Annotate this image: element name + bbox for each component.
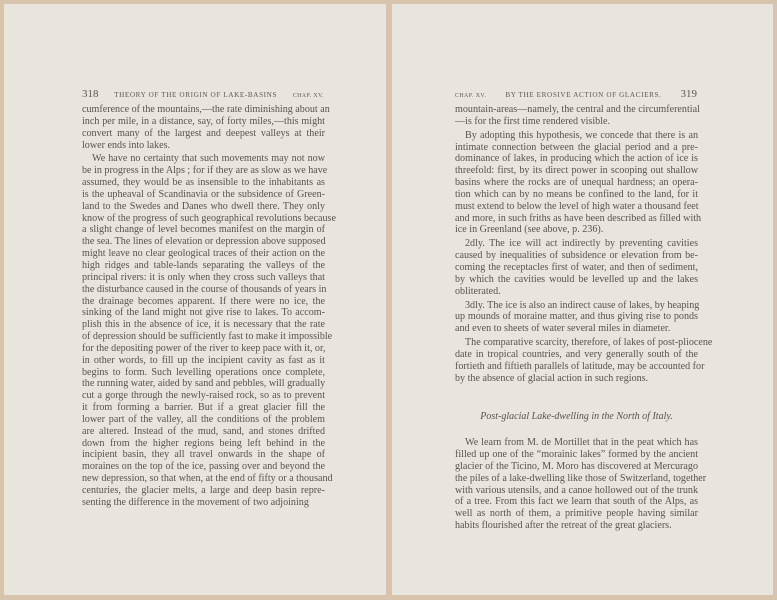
chapter-reference: Chap. XV. [455,93,486,99]
text-line: a slight change of level becomes manifes… [82,224,325,236]
chapter-reference: Chap. XV. [293,93,324,99]
right-body-text: mountain-areas—namely, the central and t… [455,104,698,532]
text-line: convert many of the largest and deepest … [82,128,325,140]
text-line: and even to sheets of water several mile… [455,323,698,335]
text-line: —is for the first time rendered visible. [455,116,698,128]
paragraph: The comparative scarcity, therefore, of … [455,337,698,384]
paragraph: mountain-areas—namely, the central and t… [455,104,698,128]
text-line: begins to form. Such levelling operation… [82,367,325,379]
text-line: must extend to below the level of high w… [455,201,698,213]
text-line: cumference of the mountains,—the rate di… [82,104,325,116]
text-line: coming the receptacles first of water, a… [455,262,698,274]
text-line: intimate connection between the glacial … [455,142,698,154]
text-line: in other words, to fill up the incipient… [82,355,325,367]
running-title: Theory of the Origin of Lake-Basins [99,91,293,99]
text-line: lower ends into lakes. [82,140,325,152]
text-line: with various utensils, and a canoe hollo… [455,485,698,497]
running-title: By the Erosive Action of Glaciers. [486,91,680,99]
text-line: know of the progress of such geographica… [82,213,325,225]
text-line: lower part of the valley, all the condit… [82,414,325,426]
paragraph: cumference of the mountains,—the rate di… [82,104,325,151]
text-line: dominance of lakes, in producing which t… [455,153,698,165]
text-line: cut a gorge through the newly-raised roc… [82,390,325,402]
text-line: date in tropical countries, and very gen… [455,349,698,361]
text-line: is the upheaval of Scandinavia or the su… [82,189,325,201]
left-body-text: cumference of the mountains,—the rate di… [82,104,325,509]
text-line: might leave no clear geological traces o… [82,248,325,260]
text-line: it from forming a barrier. But if a grea… [82,402,325,414]
text-line: up mounds of moraine matter, and thus gi… [455,311,698,323]
text-line: of depression should be sufficiently fas… [82,331,325,343]
text-line: new depression, so that when, at the end… [82,473,325,485]
text-line: senting the difference in the movement o… [82,497,325,509]
text-line: mountain-areas—namely, the central and t… [455,104,698,116]
text-line: ice in Greenland (see above, p. 236). [455,224,698,236]
text-line: threefold: first, by its direct power in… [455,165,698,177]
page-number: 319 [681,88,698,100]
text-line: glacier of the Ticino, M. Moro has disco… [455,461,698,473]
text-line: and more, in such friths as have been de… [455,213,698,225]
text-line: moraines on the top of the ice, passing … [82,461,325,473]
paragraph: 2dly. The ice will act indirectly by pre… [455,238,698,297]
text-line: the drainage becomes apparent. If there … [82,296,325,308]
text-line: centuries, the glacier melts, a large an… [82,485,325,497]
page-number: 318 [82,88,99,100]
text-line: the sea. The lines of elevation or depre… [82,236,325,248]
paragraph: We learn from M. de Mortillet that in th… [455,437,698,532]
text-line: filled up one of the “morainic lakes” fo… [455,449,698,461]
text-line: habits flourished after the retreat of t… [455,520,698,532]
text-line: land to the Swedes and Danes who dwell t… [82,201,325,213]
text-line: the piles of a lake-dwelling like those … [455,473,698,485]
text-line: of a tree. From this fact we learn that … [455,496,698,508]
text-line: assumed, they would be as insensible to … [82,177,325,189]
text-line: principal rivers: it is only when they c… [82,272,325,284]
text-line: for the depositing power of the river to… [82,343,325,355]
left-page: 318 Theory of the Origin of Lake-Basins … [4,4,386,595]
section-heading: Post-glacial Lake-dwelling in the North … [455,411,698,423]
right-page: Chap. XV. By the Erosive Action of Glaci… [392,4,773,595]
text-line: obliterated. [455,286,698,298]
text-line: down from the higher regions being left … [82,438,325,450]
text-line: By adopting this hypothesis, we concede … [455,130,698,142]
text-line: basins where the rocks are of unequal ha… [455,177,698,189]
text-line: We have no certainty that such movements… [82,153,325,165]
text-line: the disturbance caused in the course of … [82,284,325,296]
text-line: caused by inequalities of subsidence or … [455,250,698,262]
text-line: fortieth and fiftieth parallels of latit… [455,361,698,373]
text-line: tion which can by no means be confined t… [455,189,698,201]
paragraph: By adopting this hypothesis, we concede … [455,130,698,237]
paragraph: We have no certainty that such movements… [82,153,325,508]
text-line: incipient basin, they all travel onwards… [82,449,325,461]
text-line: We learn from M. de Mortillet that in th… [455,437,698,449]
text-line: inch per mile, in a distance, say, of fo… [82,116,325,128]
section-body: We learn from M. de Mortillet that in th… [455,437,698,532]
left-running-head: 318 Theory of the Origin of Lake-Basins … [82,88,324,102]
text-line: are altered. Instead of the mud, sand, a… [82,426,325,438]
text-line: The comparative scarcity, therefore, of … [455,337,698,349]
text-line: the running water, aided by sand and peb… [82,378,325,390]
paragraph: 3dly. The ice is also an indirect cause … [455,300,698,336]
right-running-head: Chap. XV. By the Erosive Action of Glaci… [455,88,697,102]
text-line: be in progress in the Alps ; for if they… [82,165,325,177]
text-line: by which the cavities would be levelled … [455,274,698,286]
text-line: 2dly. The ice will act indirectly by pre… [455,238,698,250]
text-line: high ridges and table-lands separating t… [82,260,325,272]
text-line: 3dly. The ice is also an indirect cause … [455,300,698,312]
text-line: sinking of the land might not give rise … [82,307,325,319]
text-line: by the absence of glacial action in such… [455,373,698,385]
text-line: well as north of them, a primitive peopl… [455,508,698,520]
text-line: plish this in the absence of ice, it is … [82,319,325,331]
